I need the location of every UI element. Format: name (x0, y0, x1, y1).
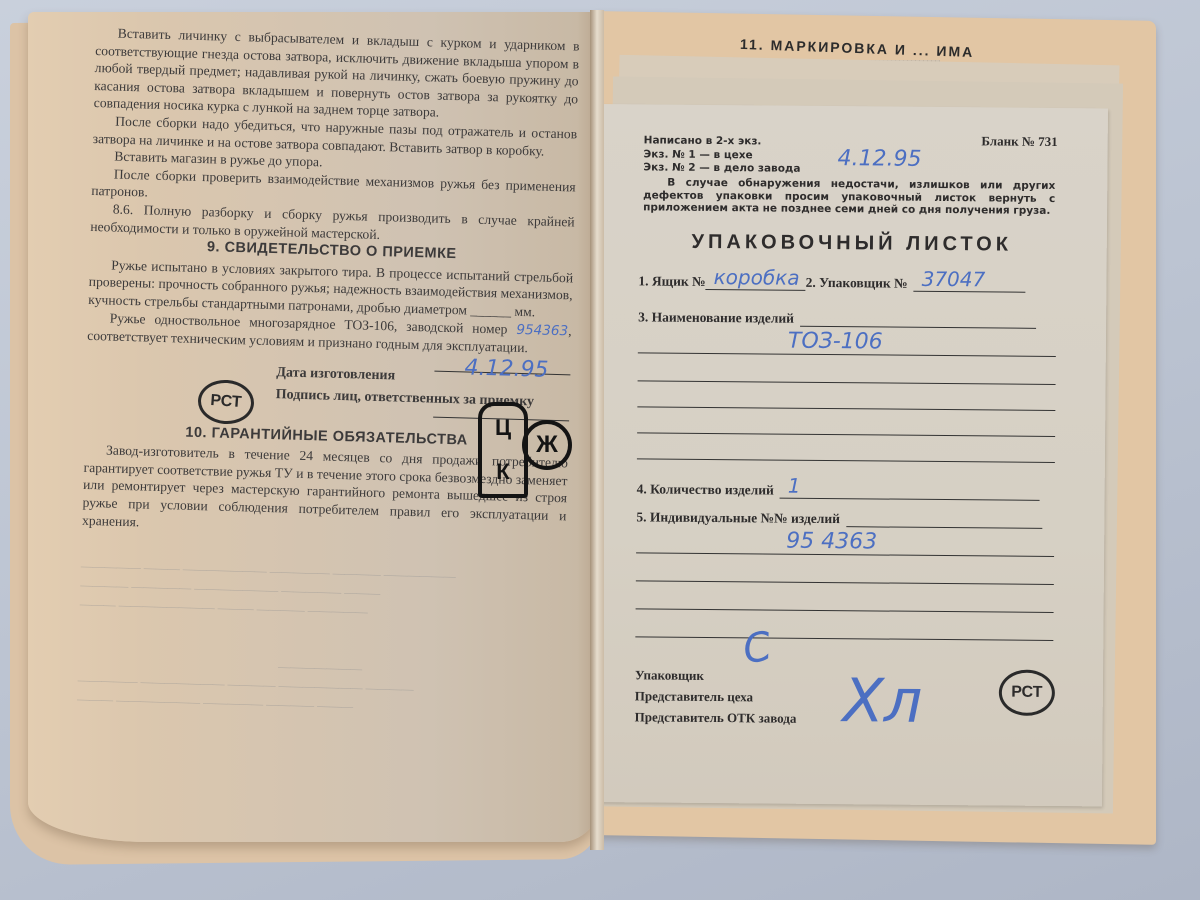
item-name-line: ТОЗ-106 (638, 352, 1056, 357)
serials-field (846, 510, 1042, 529)
serials-value: 95 4363 (786, 529, 877, 555)
packing-slip: Написано в 2-х экз. Экз. № 1 — в цехе Эк… (592, 104, 1108, 806)
round-inspection-stamp: Ж (522, 420, 572, 470)
blank-line (637, 458, 1055, 463)
box-packer-row: 1. Ящик № коробка 2. Упаковщик № 37047 (638, 272, 1025, 292)
item-name-label: 3. Наименование изделий (638, 309, 794, 326)
assembly-paragraph-1: Вставить личинку с выбрасывателем и вкла… (94, 24, 580, 125)
booklet-spine (590, 10, 604, 850)
item-name-field (800, 310, 1036, 329)
otk-stamp-top: Ц (495, 415, 511, 441)
return-notice: В случае обнаружения недостачи, излишков… (643, 176, 1055, 217)
copies-note-line: Экз. № 2 — в дело завода (643, 161, 800, 176)
packing-slip-title: УПАКОВОЧНЫЙ ЛИСТОК (597, 230, 1107, 257)
quantity-label: 4. Количество изделий (637, 481, 774, 498)
form-number: Бланк № 731 (981, 133, 1057, 150)
box-field: коробка (706, 273, 806, 291)
blank-line (637, 406, 1055, 411)
copies-note: Написано в 2-х экз. Экз. № 1 — в цехе Эк… (643, 134, 800, 176)
otk-stamp-bottom: К (496, 459, 509, 485)
copies-note-line: Экз. № 1 — в цехе (644, 148, 801, 163)
box-label: 1. Ящик № (638, 273, 705, 290)
serial-handwritten: 954363 (516, 321, 568, 338)
rst-stamp-right: РСТ (999, 670, 1055, 716)
otk-signature: Хл (842, 666, 922, 737)
otk-stamp: Ц К (478, 402, 528, 498)
blank-line (635, 636, 1053, 641)
packer-field: 37047 (914, 275, 1026, 293)
quantity-field: 1 (780, 482, 1040, 501)
blank-line (637, 432, 1055, 437)
blank-line (636, 580, 1054, 585)
packer-label: 2. Упаковщик № (806, 275, 908, 292)
copies-note-line: Написано в 2-х экз. (644, 134, 801, 149)
packer-value: 37047 (922, 267, 986, 292)
serials-line: 95 4363 (636, 552, 1054, 557)
manufacture-date-handwritten: 4.12.95 (464, 359, 548, 379)
quantity-row: 4. Количество изделий 1 (637, 480, 1040, 501)
quantity-value: 1 (788, 474, 801, 498)
signature-labels: Упаковщик Представитель цеха Представите… (635, 664, 797, 728)
signature-otk-label: Представитель ОТК завода (635, 706, 797, 728)
serials-row: 5. Индивидуальные №№ изделий (636, 508, 1042, 529)
manufacture-date-label: Дата изготовления (276, 364, 395, 385)
item-name-row: 3. Наименование изделий (638, 308, 1036, 328)
blank-line (638, 380, 1056, 385)
item-name-value: ТОЗ-106 (788, 329, 883, 355)
bleed-through-text: ————— ——— ——————— ————— ———— —————————— … (77, 557, 565, 722)
blank-line (636, 608, 1054, 613)
slip-date-handwritten: 4.12.95 (837, 146, 921, 172)
left-page-text: Вставить личинку с выбрасывателем и вкла… (77, 24, 580, 722)
box-value: коробка (714, 265, 800, 290)
serials-label: 5. Индивидуальные №№ изделий (636, 509, 840, 527)
signature-shop-rep-label: Представитель цеха (635, 685, 797, 707)
